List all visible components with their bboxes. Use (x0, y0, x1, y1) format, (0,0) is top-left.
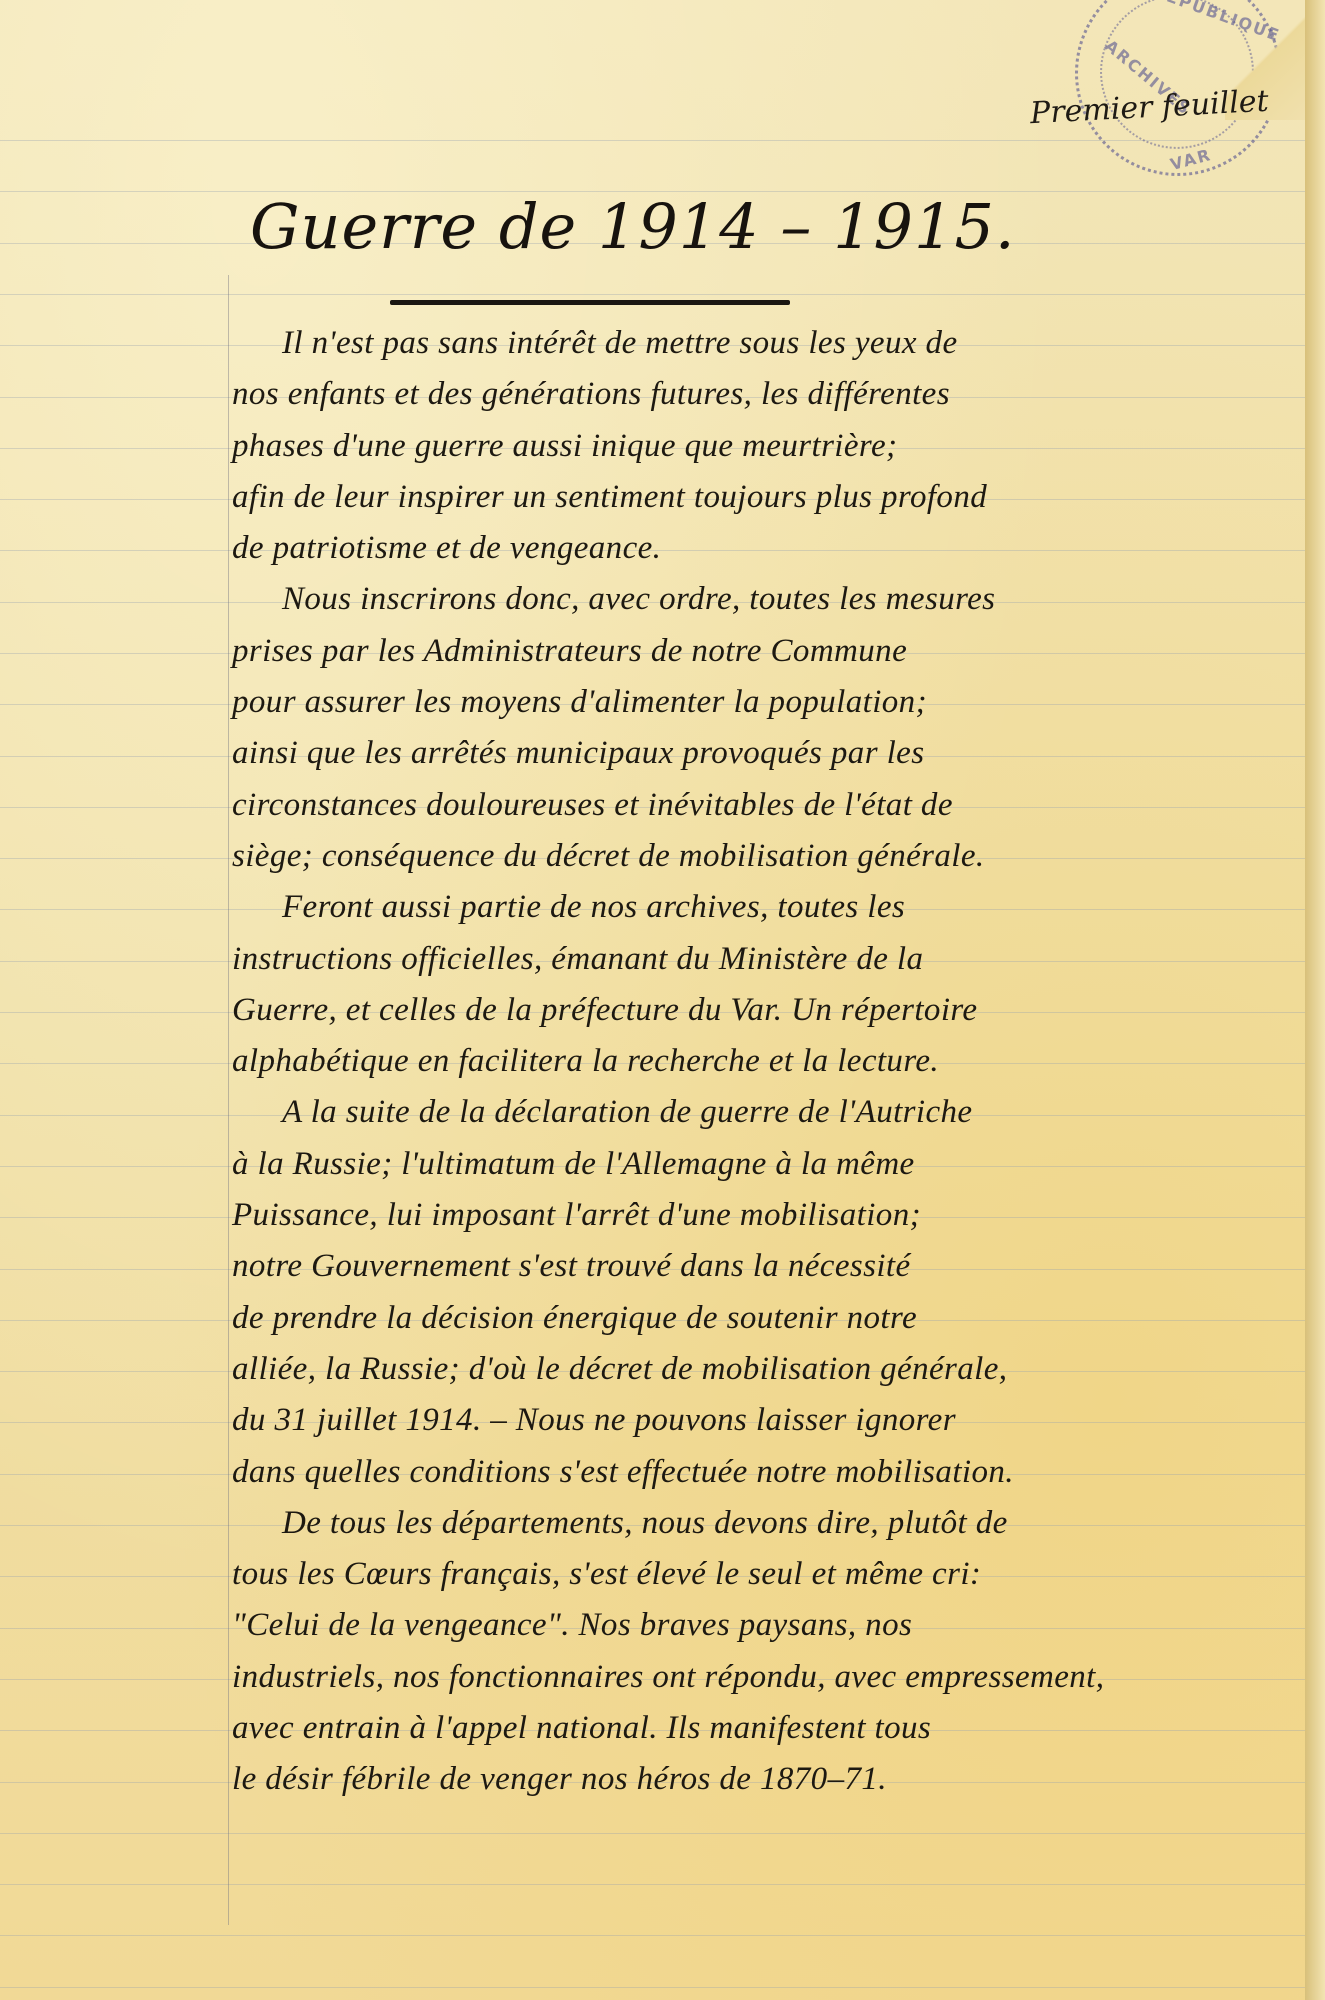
manuscript-line: siège; conséquence du décret de mobilisa… (232, 831, 1312, 882)
manuscript-line: Feront aussi partie de nos archives, tou… (232, 882, 1312, 933)
title-underline (390, 300, 790, 305)
manuscript-line: industriels, nos fonctionnaires ont répo… (232, 1652, 1312, 1703)
manuscript-line: pour assurer les moyens d'alimenter la p… (232, 677, 1312, 728)
ruled-line (0, 294, 1305, 295)
margin-line (228, 275, 229, 1925)
manuscript-line: A la suite de la déclaration de guerre d… (232, 1087, 1312, 1138)
manuscript-line: à la Russie; l'ultimatum de l'Allemagne … (232, 1139, 1312, 1190)
manuscript-line: alphabétique en facilitera la recherche … (232, 1036, 1312, 1087)
manuscript-line: instructions officielles, émanant du Min… (232, 934, 1312, 985)
manuscript-line: phases d'une guerre aussi inique que meu… (232, 421, 1312, 472)
manuscript-line: le désir fébrile de venger nos héros de … (232, 1754, 1312, 1805)
ruled-line (0, 1884, 1305, 1885)
ruled-line (0, 1833, 1305, 1834)
manuscript-line: "Celui de la vengeance". Nos braves pays… (232, 1600, 1312, 1651)
ruled-line (0, 1987, 1305, 1988)
ruled-line (0, 1935, 1305, 1936)
manuscript-line: ainsi que les arrêtés municipaux provoqu… (232, 728, 1312, 779)
document-title: Guerre de 1914 – 1915. (250, 190, 1016, 263)
manuscript-line: de patriotisme et de vengeance. (232, 523, 1312, 574)
page-edge (1305, 0, 1325, 2000)
manuscript-line: Il n'est pas sans intérêt de mettre sous… (232, 318, 1312, 369)
manuscript-page: RÉPUBLIQUE ARCHIVES VAR Premier feuillet… (0, 0, 1307, 2000)
manuscript-line: prises par les Administrateurs de notre … (232, 626, 1312, 677)
manuscript-line: nos enfants et des générations futures, … (232, 369, 1312, 420)
manuscript-line: dans quelles conditions s'est effectuée … (232, 1447, 1312, 1498)
manuscript-line: de prendre la décision énergique de sout… (232, 1293, 1312, 1344)
manuscript-line: tous les Cœurs français, s'est élevé le … (232, 1549, 1312, 1600)
manuscript-line: De tous les départements, nous devons di… (232, 1498, 1312, 1549)
manuscript-line: avec entrain à l'appel national. Ils man… (232, 1703, 1312, 1754)
manuscript-line: du 31 juillet 1914. – Nous ne pouvons la… (232, 1395, 1312, 1446)
manuscript-line: circonstances douloureuses et inévitable… (232, 780, 1312, 831)
manuscript-line: Nous inscrirons donc, avec ordre, toutes… (232, 574, 1312, 625)
manuscript-line: Guerre, et celles de la préfecture du Va… (232, 985, 1312, 1036)
manuscript-line: afin de leur inspirer un sentiment toujo… (232, 472, 1312, 523)
manuscript-line: Puissance, lui imposant l'arrêt d'une mo… (232, 1190, 1312, 1241)
manuscript-line: notre Gouvernement s'est trouvé dans la … (232, 1241, 1312, 1292)
manuscript-line: alliée, la Russie; d'où le décret de mob… (232, 1344, 1312, 1395)
manuscript-body: Il n'est pas sans intérêt de mettre sous… (232, 318, 1312, 1806)
